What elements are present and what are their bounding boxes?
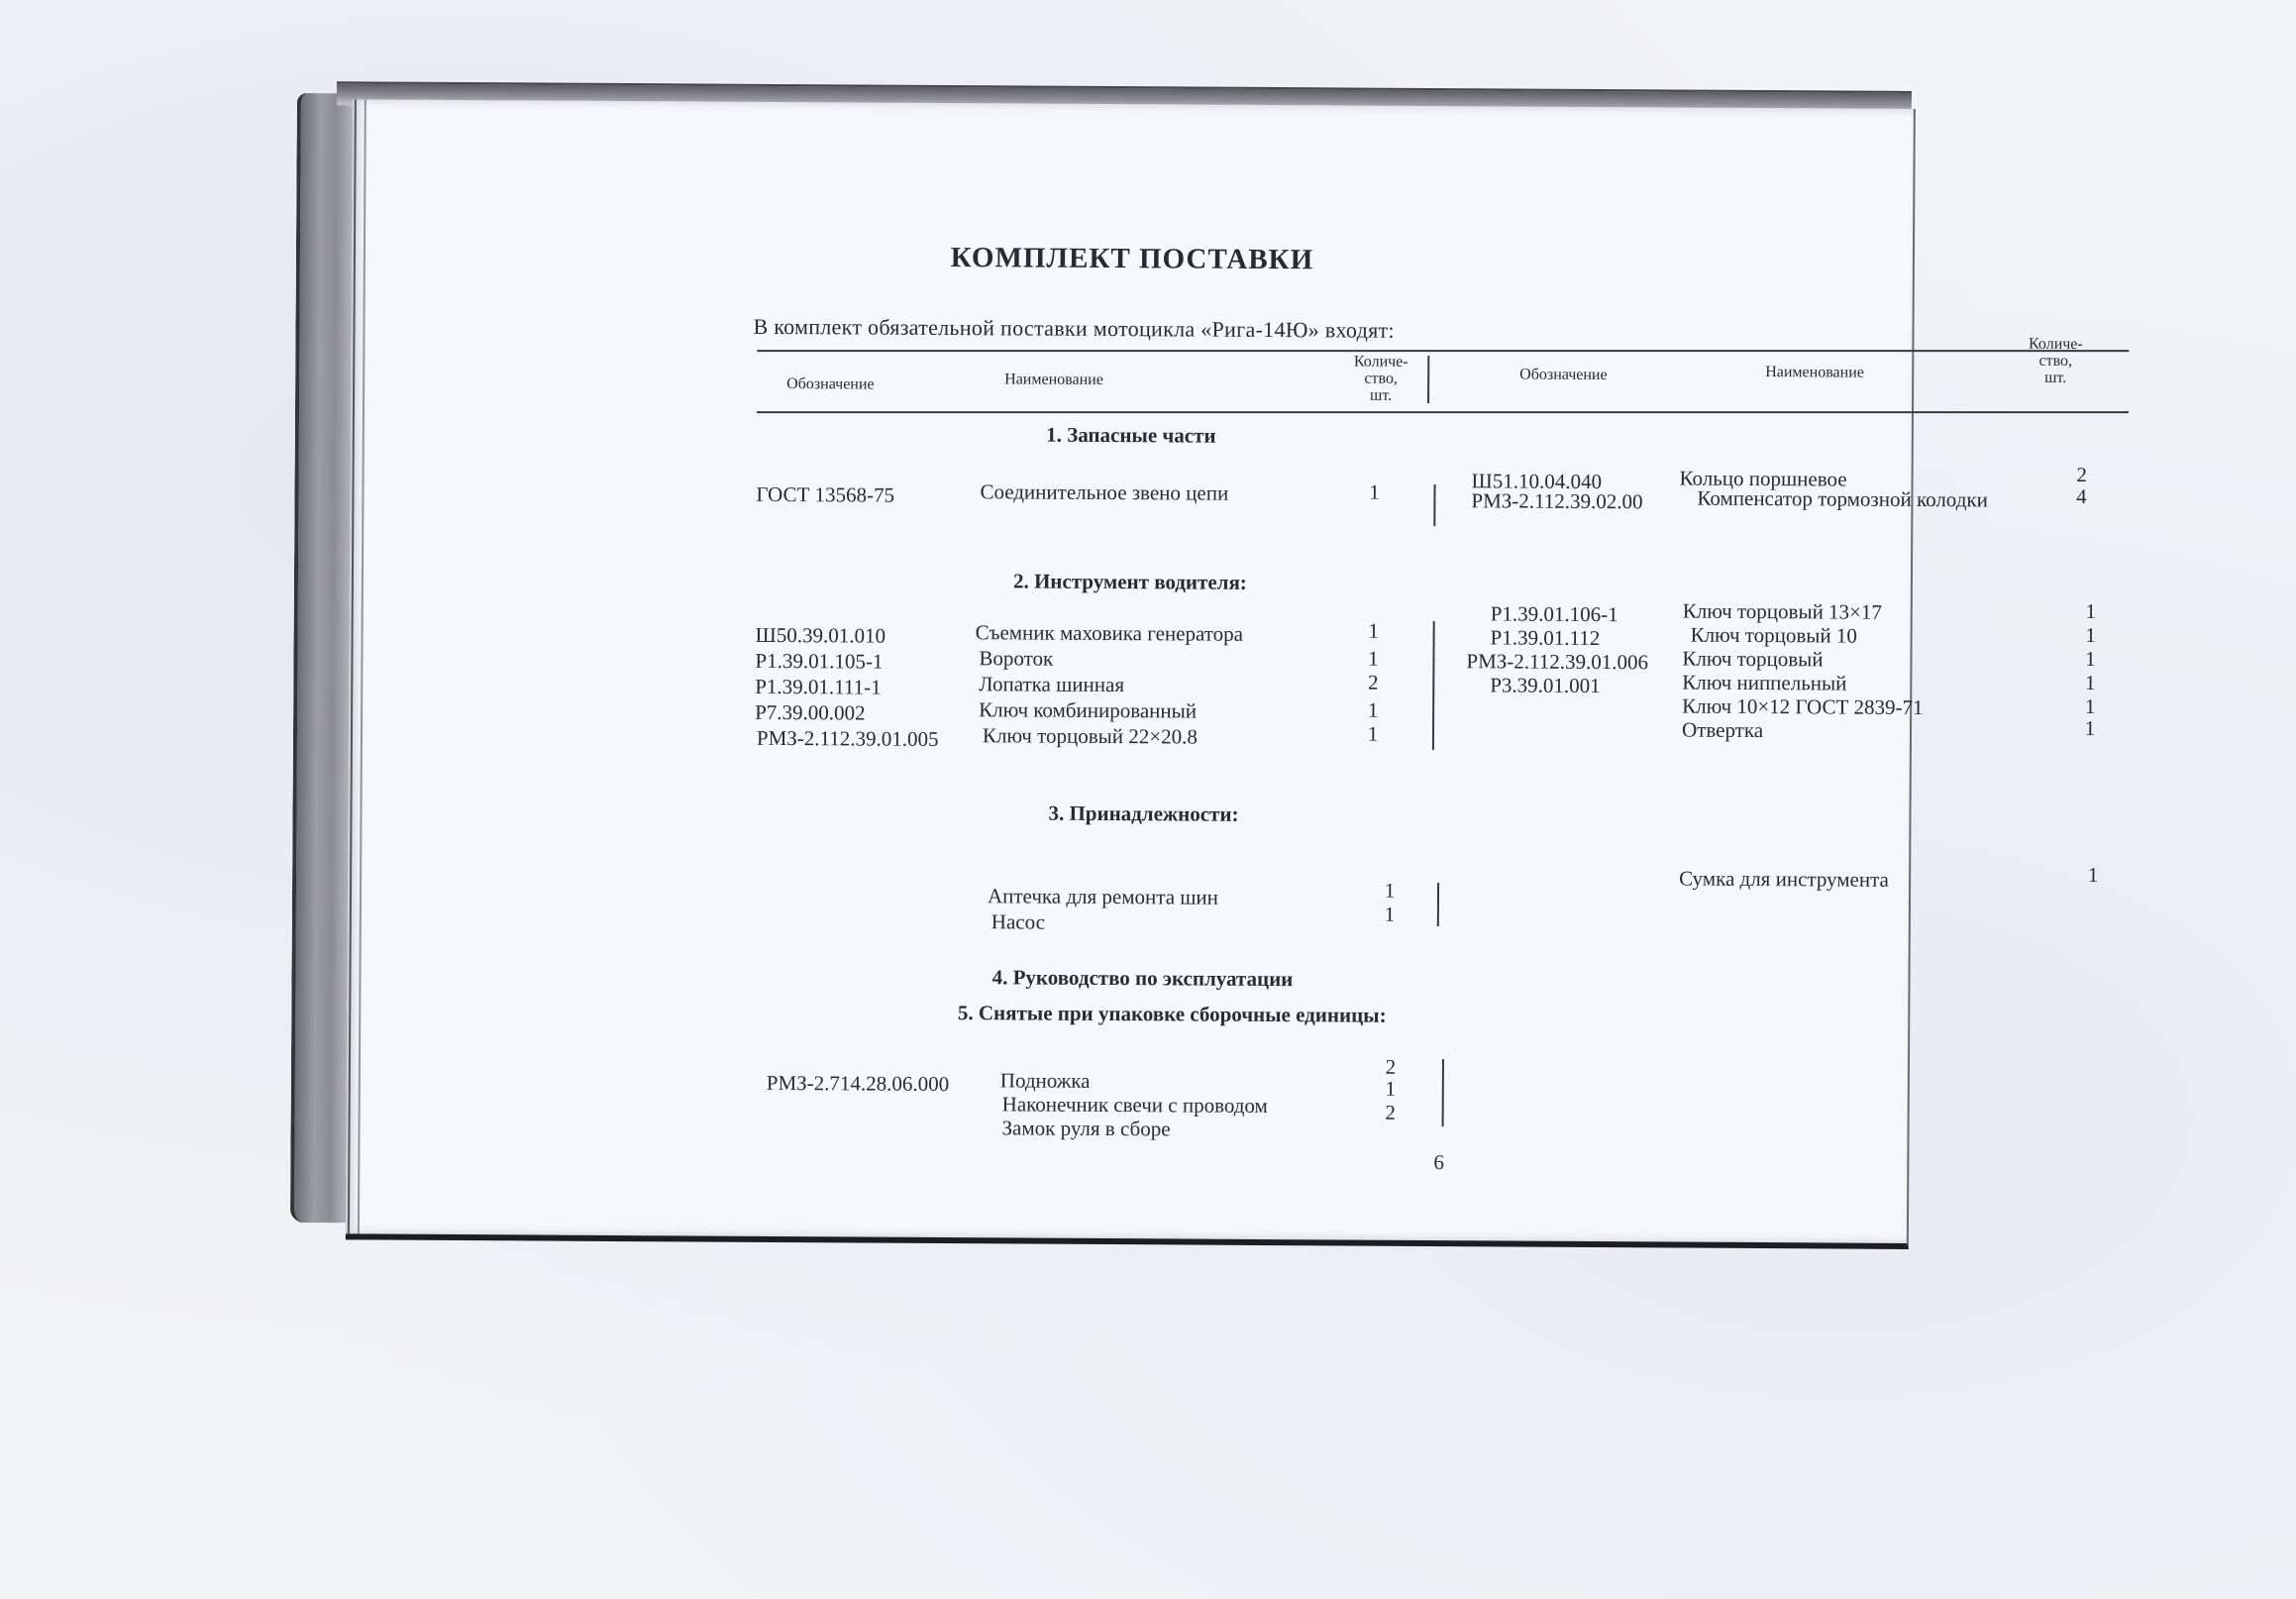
document-page: КОМПЛЕКТ ПОСТАВКИ В комплект обязательно… (346, 99, 1916, 1249)
item-name: Наконечник свечи с проводом (1002, 1092, 1268, 1119)
item-qty: 4 (2071, 484, 2091, 509)
item-qty: 1 (2083, 863, 2103, 888)
item-qty: 1 (2080, 716, 2100, 741)
item-qty: 1 (2080, 671, 2100, 695)
item-qty: 2 (1381, 1101, 1401, 1125)
section-title: 4. Руководство по эксплуатации (347, 961, 1908, 996)
header-designation-left: Обозначение (786, 375, 875, 393)
item-qty: 1 (1363, 722, 1383, 747)
item-designation: Р1.39.01.105-1 (755, 649, 883, 675)
item-designation: Р1.39.01.106-1 (1491, 601, 1618, 627)
item-qty: 1 (1363, 698, 1383, 723)
item-qty: 1 (2081, 599, 2101, 624)
item-designation: РМЗ-2.112.39.02.00 (1471, 488, 1642, 514)
item-qty: 1 (1381, 1077, 1401, 1102)
item-name: Компенсатор тормозной колодки (1697, 486, 1988, 513)
item-name: Замок руля в сборе (1001, 1116, 1170, 1141)
item-name: Сумка для инструмента (1679, 867, 1889, 893)
item-name: Ключ торцовый 10 (1691, 623, 1857, 649)
item-name: Ключ торцовый 22×20.8 (983, 723, 1198, 749)
item-qty: 1 (2081, 623, 2101, 648)
item-qty: 1 (1364, 619, 1384, 644)
item-designation: Р1.39.01.112 (1491, 625, 1601, 651)
item-name: Лопатка шинная (979, 672, 1124, 697)
header-name-left: Наименование (1004, 371, 1103, 388)
item-name: Соединительное звено цепи (980, 480, 1228, 506)
intro-text: В комплект обязательной поставки мотоцик… (753, 314, 1395, 344)
column-divider (1432, 621, 1435, 750)
item-name: Отвертка (1682, 718, 1763, 744)
item-name: Насос (991, 909, 1045, 934)
header-column-divider (1427, 356, 1429, 403)
header-qty-left: Количе- ство, шт. (1351, 354, 1410, 404)
item-name: Ключ комбинированный (979, 697, 1197, 723)
item-name: Ключ торцовый 13×17 (1683, 599, 1882, 625)
page-number: 6 (1433, 1150, 1444, 1175)
item-name: Ключ 10×12 ГОСТ 2839-71 (1682, 694, 1924, 720)
booklet: КОМПЛЕКТ ПОСТАВКИ В комплект обязательно… (290, 81, 1914, 1248)
section-title: 2. Инструмент водителя: (350, 565, 1911, 599)
item-designation: Р7.39.00.002 (755, 700, 866, 726)
item-qty: 1 (1380, 903, 1400, 927)
section-title: 5. Снятые при упаковке сборочные единицы… (347, 997, 1908, 1031)
item-designation: Р1.39.01.111-1 (755, 675, 882, 700)
item-name: Ключ ниппельный (1682, 671, 1846, 696)
item-qty: 1 (1380, 879, 1400, 904)
item-name: Аптечка для ремонта шин (988, 884, 1218, 909)
header-name-right: Наименование (1765, 364, 1864, 381)
item-name: Вороток (979, 646, 1053, 671)
item-designation: РМЗ-2.112.39.01.005 (757, 726, 939, 752)
item-name: Съемник маховика генератора (976, 620, 1244, 647)
item-name: Подножка (1000, 1068, 1091, 1094)
item-designation: РМЗ-2.112.39.01.006 (1466, 649, 1648, 675)
table-top-rule (757, 350, 2129, 352)
column-divider (1433, 484, 1435, 526)
page-title: КОМПЛЕКТ ПОСТАВКИ (352, 238, 1913, 280)
header-designation-right: Обозначение (1519, 367, 1608, 384)
item-qty: 1 (1363, 647, 1383, 672)
item-designation: Ш50.39.01.010 (756, 623, 887, 649)
item-designation: Р3.39.01.001 (1490, 673, 1601, 698)
item-qty: 2 (1363, 671, 1383, 695)
item-qty: 1 (1364, 480, 1384, 505)
item-designation: ГОСТ 13568-75 (756, 482, 894, 508)
item-designation: РМЗ-2.714.28.06.000 (767, 1071, 950, 1097)
column-divider (1437, 883, 1439, 926)
header-qty-right: Количе- ство, шт. (2021, 336, 2090, 386)
section-title: 3. Принадлежности: (348, 797, 1909, 831)
table-header-bottom-rule (757, 411, 2129, 413)
column-divider (1442, 1059, 1444, 1126)
item-name: Ключ торцовый (1682, 647, 1823, 673)
item-qty: 1 (2080, 647, 2100, 672)
section-title: 1. Запасные части (351, 418, 1912, 453)
